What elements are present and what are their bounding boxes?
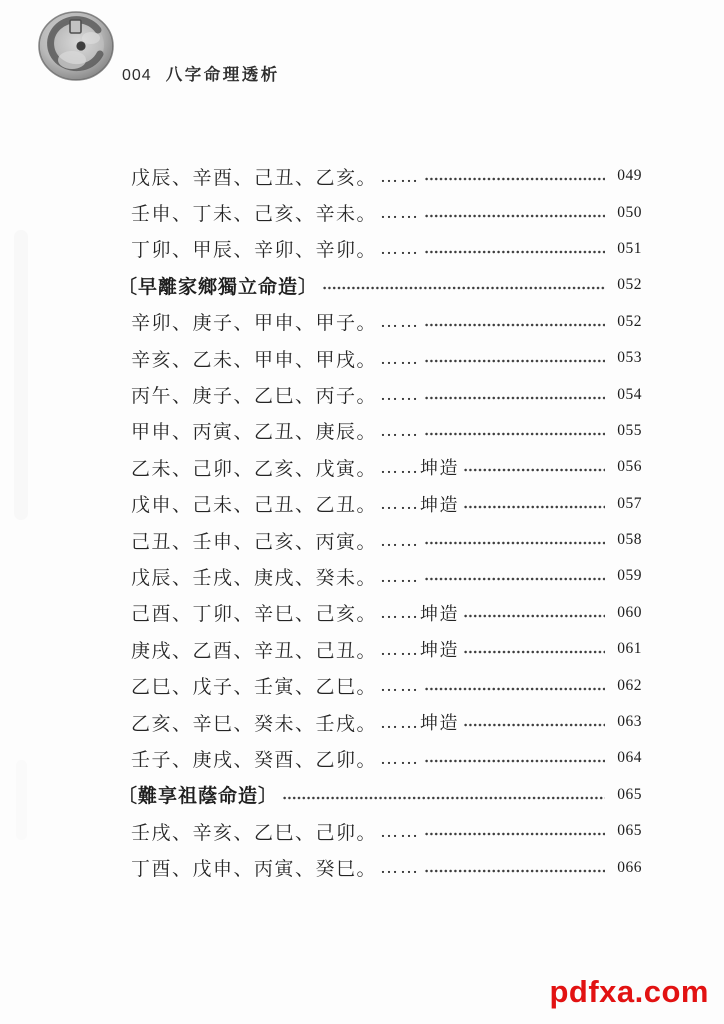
dotted-leader (425, 213, 605, 219)
toc-entry-row: 辛亥、乙未、甲申、甲戌。……053 (118, 340, 642, 376)
dotted-leader (464, 649, 605, 655)
toc-entry-ellipsis: …… (380, 311, 420, 332)
toc-entry-note: 坤造 (420, 636, 459, 662)
toc-entry-ellipsis: …… (380, 348, 420, 369)
toc-entry-ellipsis: …… (380, 457, 420, 478)
toc-page-number: 050 (610, 204, 642, 222)
toc-page-number: 056 (610, 458, 642, 476)
toc-entry-row: 乙巳、戊子、壬寅、乙巳。……062 (118, 667, 642, 703)
toc-entry-ellipsis: …… (380, 602, 420, 623)
toc-page-number: 054 (610, 386, 642, 404)
dotted-leader (425, 395, 605, 401)
toc-page-number: 058 (610, 531, 642, 549)
toc-section-title: 〔早離家鄉獨立命造〕 (118, 272, 318, 299)
page-header: 004 八字命理透析 (122, 61, 280, 85)
toc-entry-ellipsis: …… (380, 675, 420, 696)
toc-entry-ellipsis: …… (380, 748, 420, 769)
toc-page-number: 062 (610, 677, 642, 695)
scan-artifact (16, 760, 27, 840)
toc-entry-text: 丁酉、戊申、丙寅、癸巳。 (131, 854, 377, 881)
toc-entry-note: 坤造 (420, 491, 459, 517)
toc-entry-ellipsis: …… (380, 384, 420, 405)
toc-entry-note: 坤造 (420, 709, 459, 735)
toc-entry-note: 坤造 (420, 454, 459, 480)
toc-entry-ellipsis: …… (380, 493, 420, 514)
toc-section-title: 〔難享祖蔭命造〕 (118, 781, 278, 808)
toc-entry-row: 壬申、丁未、己亥、辛未。……050 (118, 194, 642, 230)
toc-entry-text: 壬子、庚戌、癸酉、乙卯。 (131, 745, 377, 772)
toc-section-row: 〔難享祖蔭命造〕065 (118, 777, 642, 813)
toc-entry-ellipsis: …… (380, 530, 420, 551)
toc-page-number: 057 (610, 495, 642, 513)
dotted-leader (425, 686, 605, 692)
toc-page-number: 065 (610, 786, 642, 804)
toc-entry-text: 辛卯、庚子、甲申、甲子。 (131, 308, 377, 335)
table-of-contents: 戊辰、辛酉、己丑、乙亥。……049壬申、丁未、己亥、辛未。……050丁卯、甲辰、… (118, 158, 642, 886)
toc-entry-row: 丙午、庚子、乙巳、丙子。……054 (118, 376, 642, 412)
toc-entry-text: 壬申、丁未、己亥、辛未。 (131, 199, 377, 226)
toc-page-number: 060 (610, 604, 642, 622)
dotted-leader (425, 249, 605, 255)
toc-entry-row: 丁酉、戊申、丙寅、癸巳。……066 (118, 849, 642, 885)
dotted-leader (425, 868, 605, 874)
toc-entry-row: 己丑、壬申、己亥、丙寅。……058 (118, 522, 642, 558)
toc-entry-text: 辛亥、乙未、甲申、甲戌。 (131, 345, 377, 372)
dotted-leader (425, 576, 605, 582)
toc-entry-row: 壬子、庚戌、癸酉、乙卯。……064 (118, 740, 642, 776)
dotted-leader (425, 176, 605, 182)
dotted-leader (425, 431, 605, 437)
toc-entry-row: 乙未、己卯、乙亥、戊寅。……坤造056 (118, 449, 642, 485)
book-title: 八字命理透析 (166, 61, 280, 85)
header-page-number: 004 (122, 67, 152, 85)
dotted-leader (425, 831, 605, 837)
dotted-leader (464, 504, 605, 510)
toc-entry-ellipsis: …… (380, 566, 420, 587)
toc-entry-ellipsis: …… (380, 639, 420, 660)
dotted-leader (425, 358, 605, 364)
toc-entry-text: 丁卯、甲辰、辛卯、辛卯。 (131, 235, 377, 262)
toc-entry-ellipsis: …… (380, 420, 420, 441)
watermark-text: pdfxa.com (549, 974, 709, 1010)
toc-entry-text: 戊辰、辛酉、己丑、乙亥。 (131, 163, 377, 190)
toc-entry-ellipsis: …… (380, 712, 420, 733)
toc-page-number: 061 (610, 640, 642, 658)
toc-page-number: 065 (610, 822, 642, 840)
toc-entry-ellipsis: …… (380, 821, 420, 842)
toc-entry-ellipsis: …… (380, 202, 420, 223)
toc-entry-text: 戊辰、壬戌、庚戌、癸未。 (131, 563, 377, 590)
toc-entry-row: 戊辰、壬戌、庚戌、癸未。……059 (118, 558, 642, 594)
toc-page-number: 059 (610, 567, 642, 585)
dotted-leader (464, 467, 605, 473)
toc-entry-text: 甲申、丙寅、乙丑、庚辰。 (131, 417, 377, 444)
toc-entry-note: 坤造 (420, 600, 459, 626)
dotted-leader (283, 795, 605, 801)
toc-entry-row: 己酉、丁卯、辛巳、己亥。……坤造060 (118, 595, 642, 631)
book-page: 004 八字命理透析 戊辰、辛酉、己丑、乙亥。……049壬申、丁未、己亥、辛未。… (0, 0, 724, 1024)
toc-entry-text: 乙未、己卯、乙亥、戊寅。 (131, 454, 377, 481)
dotted-leader (464, 613, 605, 619)
toc-entry-ellipsis: …… (380, 857, 420, 878)
toc-page-number: 051 (610, 240, 642, 258)
toc-entry-row: 戊申、己未、己丑、乙丑。……坤造057 (118, 486, 642, 522)
dotted-leader (425, 758, 605, 764)
seal-icon (36, 8, 116, 82)
dotted-leader (323, 285, 605, 291)
toc-entry-row: 庚戌、乙酉、辛丑、己丑。……坤造061 (118, 631, 642, 667)
toc-entry-text: 戊申、己未、己丑、乙丑。 (131, 490, 377, 517)
toc-page-number: 052 (610, 276, 642, 294)
toc-entry-row: 戊辰、辛酉、己丑、乙亥。……049 (118, 158, 642, 194)
toc-entry-text: 己丑、壬申、己亥、丙寅。 (131, 527, 377, 554)
toc-entry-row: 壬戌、辛亥、乙巳、己卯。……065 (118, 813, 642, 849)
toc-entry-text: 丙午、庚子、乙巳、丙子。 (131, 381, 377, 408)
toc-entry-text: 乙亥、辛巳、癸未、壬戌。 (131, 709, 377, 736)
toc-page-number: 052 (610, 313, 642, 331)
toc-page-number: 064 (610, 749, 642, 767)
toc-entry-row: 丁卯、甲辰、辛卯、辛卯。……051 (118, 231, 642, 267)
dotted-leader (464, 722, 605, 728)
toc-page-number: 063 (610, 713, 642, 731)
toc-page-number: 055 (610, 422, 642, 440)
toc-entry-ellipsis: …… (380, 238, 420, 259)
scan-artifact (14, 230, 28, 520)
toc-entry-ellipsis: …… (380, 166, 420, 187)
toc-section-row: 〔早離家鄉獨立命造〕052 (118, 267, 642, 303)
toc-entry-row: 乙亥、辛巳、癸未、壬戌。……坤造063 (118, 704, 642, 740)
toc-page-number: 053 (610, 349, 642, 367)
dotted-leader (425, 322, 605, 328)
dotted-leader (425, 540, 605, 546)
publisher-seal-logo (36, 8, 116, 82)
toc-entry-text: 乙巳、戊子、壬寅、乙巳。 (131, 672, 377, 699)
toc-entry-row: 辛卯、庚子、甲申、甲子。……052 (118, 304, 642, 340)
toc-entry-text: 己酉、丁卯、辛巳、己亥。 (131, 599, 377, 626)
toc-page-number: 049 (610, 167, 642, 185)
toc-page-number: 066 (610, 859, 642, 877)
toc-entry-row: 甲申、丙寅、乙丑、庚辰。……055 (118, 413, 642, 449)
toc-entry-text: 壬戌、辛亥、乙巳、己卯。 (131, 818, 377, 845)
toc-entry-text: 庚戌、乙酉、辛丑、己丑。 (131, 636, 377, 663)
